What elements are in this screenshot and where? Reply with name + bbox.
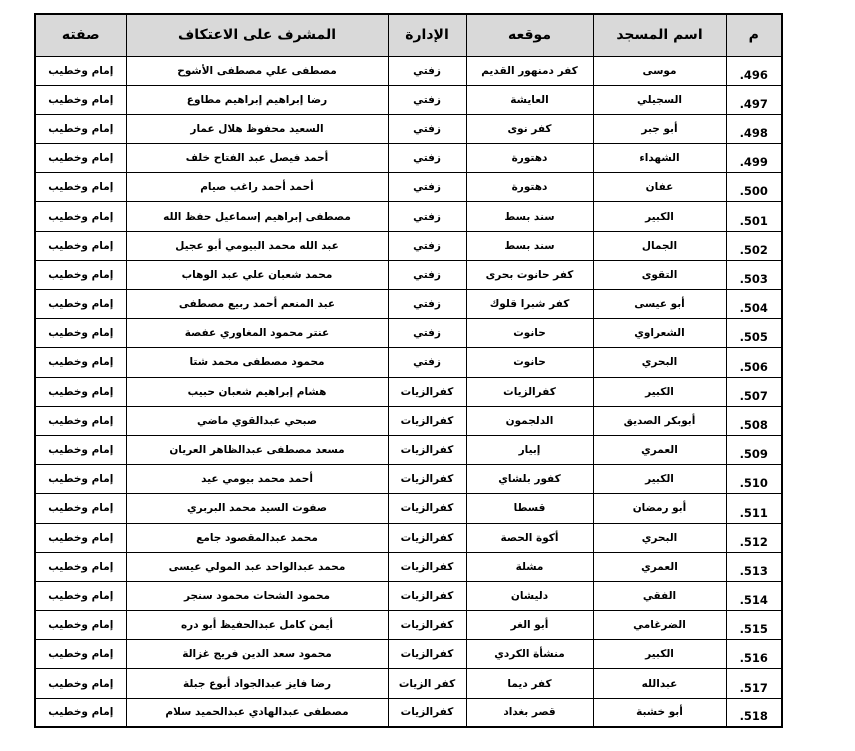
cell-mosque-name: العمري [593, 552, 726, 581]
cell-directorate: زفتي [388, 144, 466, 173]
table-row: .518 أبو خشبة قصر بغداد كفرالزيات مصطفى … [35, 698, 782, 727]
cell-title: إمام وخطيب [35, 348, 126, 377]
cell-location: سند بسط [466, 231, 593, 260]
cell-title: إمام وخطيب [35, 698, 126, 727]
cell-supervisor: أيمن كامل عبدالحفيظ أبو دره [126, 611, 388, 640]
cell-number: .504 [726, 290, 782, 319]
table-row: .514 الفقي دليشان كفرالزيات محمود الشحات… [35, 581, 782, 610]
cell-directorate: زفتي [388, 319, 466, 348]
cell-directorate: زفتي [388, 173, 466, 202]
cell-directorate: كفرالزيات [388, 465, 466, 494]
cell-title: إمام وخطيب [35, 435, 126, 464]
cell-supervisor: مصطفى عبدالهادي عبدالحميد سلام [126, 698, 388, 727]
header-cell-supervisor: المشرف على الاعتكاف [126, 14, 388, 56]
table-row: .508 أبوبكر الصديق الدلجمون كفرالزيات صب… [35, 406, 782, 435]
cell-title: إمام وخطيب [35, 494, 126, 523]
cell-directorate: كفرالزيات [388, 698, 466, 727]
cell-supervisor: مصطفى إبراهيم إسماعيل حفظ الله [126, 202, 388, 231]
cell-supervisor: عنتر محمود المغاوري عفصة [126, 319, 388, 348]
cell-mosque-name: الشعراوي [593, 319, 726, 348]
cell-location: كفرالزيات [466, 377, 593, 406]
cell-directorate: زفتي [388, 114, 466, 143]
cell-number: .511 [726, 494, 782, 523]
cell-supervisor: رضا إبراهيم إبراهيم مطاوع [126, 85, 388, 114]
table-row: .505 الشعراوي حانوت زفتي عنتر محمود المغ… [35, 319, 782, 348]
cell-directorate: كفرالزيات [388, 406, 466, 435]
cell-directorate: زفتي [388, 348, 466, 377]
cell-mosque-name: الكبير [593, 377, 726, 406]
cell-location: كفر حانوت بحرى [466, 260, 593, 289]
table-row: .503 التقوى كفر حانوت بحرى زفتي محمد شعب… [35, 260, 782, 289]
cell-title: إمام وخطيب [35, 406, 126, 435]
cell-location: حانوت [466, 348, 593, 377]
cell-number: .496 [726, 56, 782, 85]
table-row: .516 الكبير منشأة الكردي كفرالزيات محمود… [35, 640, 782, 669]
table-row: .499 الشهداء دهتورة زفتي أحمد فيصل عبد ا… [35, 144, 782, 173]
cell-title: إمام وخطيب [35, 260, 126, 289]
cell-supervisor: رضا فايز عبدالجواد أبوع جبلة [126, 669, 388, 698]
cell-title: إمام وخطيب [35, 669, 126, 698]
cell-mosque-name: التقوى [593, 260, 726, 289]
cell-location: حانوت [466, 319, 593, 348]
table-body: .496 موسى كفر دمنهور القديم زفتي مصطفى ع… [35, 56, 782, 727]
cell-directorate: زفتي [388, 56, 466, 85]
cell-number: .507 [726, 377, 782, 406]
cell-number: .513 [726, 552, 782, 581]
cell-location: إبيار [466, 435, 593, 464]
cell-supervisor: محمود مصطفى محمد شتا [126, 348, 388, 377]
cell-number: .510 [726, 465, 782, 494]
cell-location: دهتورة [466, 144, 593, 173]
table-row: .496 موسى كفر دمنهور القديم زفتي مصطفى ع… [35, 56, 782, 85]
cell-number: .516 [726, 640, 782, 669]
table-row: .501 الكبير سند بسط زفتي مصطفى إبراهيم إ… [35, 202, 782, 231]
table-container: م اسم المسجد موقعه الإدارة المشرف على ال… [34, 13, 783, 728]
table-row: .513 العمري مشلة كفرالزيات محمد عبدالواح… [35, 552, 782, 581]
table-row: .517 عبدالله كفر ديما كفر الزيات رضا فاي… [35, 669, 782, 698]
cell-location: كفر دمنهور القديم [466, 56, 593, 85]
cell-location: كفر ديما [466, 669, 593, 698]
cell-mosque-name: أبو جبر [593, 114, 726, 143]
cell-title: إمام وخطيب [35, 377, 126, 406]
cell-number: .502 [726, 231, 782, 260]
cell-location: سند بسط [466, 202, 593, 231]
cell-number: .506 [726, 348, 782, 377]
cell-title: إمام وخطيب [35, 611, 126, 640]
document-page: م اسم المسجد موقعه الإدارة المشرف على ال… [0, 0, 855, 751]
header-cell-number: م [726, 14, 782, 56]
cell-directorate: كفرالزيات [388, 494, 466, 523]
mosques-table: م اسم المسجد موقعه الإدارة المشرف على ال… [34, 13, 783, 728]
cell-number: .499 [726, 144, 782, 173]
cell-directorate: زفتي [388, 231, 466, 260]
cell-mosque-name: الكبير [593, 202, 726, 231]
cell-directorate: زفتي [388, 290, 466, 319]
cell-title: إمام وخطيب [35, 290, 126, 319]
cell-directorate: زفتي [388, 202, 466, 231]
cell-title: إمام وخطيب [35, 465, 126, 494]
cell-supervisor: أحمد محمد بيومي عيد [126, 465, 388, 494]
header-cell-location: موقعه [466, 14, 593, 56]
table-row: .498 أبو جبر كفر نوى زفتي السعيد محفوظ ه… [35, 114, 782, 143]
cell-number: .503 [726, 260, 782, 289]
cell-number: .498 [726, 114, 782, 143]
cell-mosque-name: البحري [593, 348, 726, 377]
cell-title: إمام وخطيب [35, 552, 126, 581]
cell-supervisor: عبد المنعم أحمد ربيع مصطفى [126, 290, 388, 319]
cell-location: منشأة الكردي [466, 640, 593, 669]
cell-supervisor: محمد عبدالمقصود جامع [126, 523, 388, 552]
cell-title: إمام وخطيب [35, 202, 126, 231]
cell-number: .501 [726, 202, 782, 231]
cell-mosque-name: عبدالله [593, 669, 726, 698]
cell-location: مشلة [466, 552, 593, 581]
cell-supervisor: صفوت السيد محمد البربري [126, 494, 388, 523]
cell-title: إمام وخطيب [35, 114, 126, 143]
cell-supervisor: صبحي عبدالقوي ماضي [126, 406, 388, 435]
cell-title: إمام وخطيب [35, 85, 126, 114]
table-row: .515 الضرغامي أبو الغر كفرالزيات أيمن كا… [35, 611, 782, 640]
cell-directorate: كفرالزيات [388, 640, 466, 669]
cell-title: إمام وخطيب [35, 144, 126, 173]
cell-mosque-name: الكبير [593, 640, 726, 669]
table-row: .502 الجمال سند بسط زفتي عبد الله محمد ا… [35, 231, 782, 260]
cell-number: .514 [726, 581, 782, 610]
header-row: م اسم المسجد موقعه الإدارة المشرف على ال… [35, 14, 782, 56]
cell-number: .500 [726, 173, 782, 202]
cell-number: .505 [726, 319, 782, 348]
cell-mosque-name: الفقي [593, 581, 726, 610]
table-row: .510 الكبير كفور بلشاي كفرالزيات أحمد مح… [35, 465, 782, 494]
cell-title: إمام وخطيب [35, 640, 126, 669]
cell-supervisor: محمود الشحات محمود سنجر [126, 581, 388, 610]
cell-supervisor: مصطفى علي مصطفى الأشوح [126, 56, 388, 85]
cell-mosque-name: عفان [593, 173, 726, 202]
cell-mosque-name: الكبير [593, 465, 726, 494]
cell-directorate: كفر الزيات [388, 669, 466, 698]
cell-directorate: زفتي [388, 85, 466, 114]
cell-supervisor: عبد الله محمد البيومي أبو عجيل [126, 231, 388, 260]
cell-mosque-name: الجمال [593, 231, 726, 260]
cell-number: .497 [726, 85, 782, 114]
cell-location: كفر نوى [466, 114, 593, 143]
cell-supervisor: مسعد مصطفى عبدالظاهر العريان [126, 435, 388, 464]
cell-supervisor: أحمد فيصل عبد الفتاح خلف [126, 144, 388, 173]
header-cell-directorate: الإدارة [388, 14, 466, 56]
cell-location: أبو الغر [466, 611, 593, 640]
cell-mosque-name: موسى [593, 56, 726, 85]
table-row: .511 أبو رمضان قسطا كفرالزيات صفوت السيد… [35, 494, 782, 523]
cell-location: الدلجمون [466, 406, 593, 435]
cell-title: إمام وخطيب [35, 56, 126, 85]
cell-location: قسطا [466, 494, 593, 523]
cell-directorate: كفرالزيات [388, 435, 466, 464]
header-cell-mosque-name: اسم المسجد [593, 14, 726, 56]
cell-location: العايشة [466, 85, 593, 114]
cell-mosque-name: الشهداء [593, 144, 726, 173]
table-row: .507 الكبير كفرالزيات كفرالزيات هشام إبر… [35, 377, 782, 406]
table-row: .512 البحري أكوة الحصة كفرالزيات محمد عب… [35, 523, 782, 552]
cell-title: إمام وخطيب [35, 581, 126, 610]
cell-title: إمام وخطيب [35, 231, 126, 260]
table-row: .509 العمري إبيار كفرالزيات مسعد مصطفى ع… [35, 435, 782, 464]
cell-mosque-name: أبو عيسى [593, 290, 726, 319]
cell-mosque-name: أبوبكر الصديق [593, 406, 726, 435]
cell-title: إمام وخطيب [35, 319, 126, 348]
cell-directorate: كفرالزيات [388, 523, 466, 552]
cell-mosque-name: أبو خشبة [593, 698, 726, 727]
cell-title: إمام وخطيب [35, 173, 126, 202]
cell-supervisor: محمد عبدالواحد عبد المولي عيسى [126, 552, 388, 581]
cell-directorate: كفرالزيات [388, 552, 466, 581]
cell-supervisor: هشام إبراهيم شعبان حبيب [126, 377, 388, 406]
cell-location: دليشان [466, 581, 593, 610]
cell-number: .509 [726, 435, 782, 464]
cell-mosque-name: السجيلي [593, 85, 726, 114]
cell-mosque-name: الضرغامي [593, 611, 726, 640]
cell-directorate: كفرالزيات [388, 581, 466, 610]
cell-number: .518 [726, 698, 782, 727]
cell-number: .508 [726, 406, 782, 435]
cell-location: كفور بلشاي [466, 465, 593, 494]
table-row: .497 السجيلي العايشة زفتي رضا إبراهيم إب… [35, 85, 782, 114]
cell-supervisor: السعيد محفوظ هلال عمار [126, 114, 388, 143]
cell-mosque-name: العمري [593, 435, 726, 464]
cell-location: دهتورة [466, 173, 593, 202]
cell-location: أكوة الحصة [466, 523, 593, 552]
cell-directorate: كفرالزيات [388, 377, 466, 406]
cell-location: كفر شبرا قلوك [466, 290, 593, 319]
cell-number: .517 [726, 669, 782, 698]
cell-supervisor: أحمد أحمد راغب صيام [126, 173, 388, 202]
cell-directorate: كفرالزيات [388, 611, 466, 640]
cell-directorate: زفتي [388, 260, 466, 289]
cell-location: قصر بغداد [466, 698, 593, 727]
table-row: .504 أبو عيسى كفر شبرا قلوك زفتي عبد الم… [35, 290, 782, 319]
table-header: م اسم المسجد موقعه الإدارة المشرف على ال… [35, 14, 782, 56]
cell-title: إمام وخطيب [35, 523, 126, 552]
cell-number: .515 [726, 611, 782, 640]
cell-number: .512 [726, 523, 782, 552]
header-cell-title: صفته [35, 14, 126, 56]
cell-supervisor: محمد شعبان علي عبد الوهاب [126, 260, 388, 289]
cell-mosque-name: البحري [593, 523, 726, 552]
table-row: .506 البحري حانوت زفتي محمود مصطفى محمد … [35, 348, 782, 377]
cell-mosque-name: أبو رمضان [593, 494, 726, 523]
table-row: .500 عفان دهتورة زفتي أحمد أحمد راغب صيا… [35, 173, 782, 202]
cell-supervisor: محمود سعد الدين فريج غزالة [126, 640, 388, 669]
